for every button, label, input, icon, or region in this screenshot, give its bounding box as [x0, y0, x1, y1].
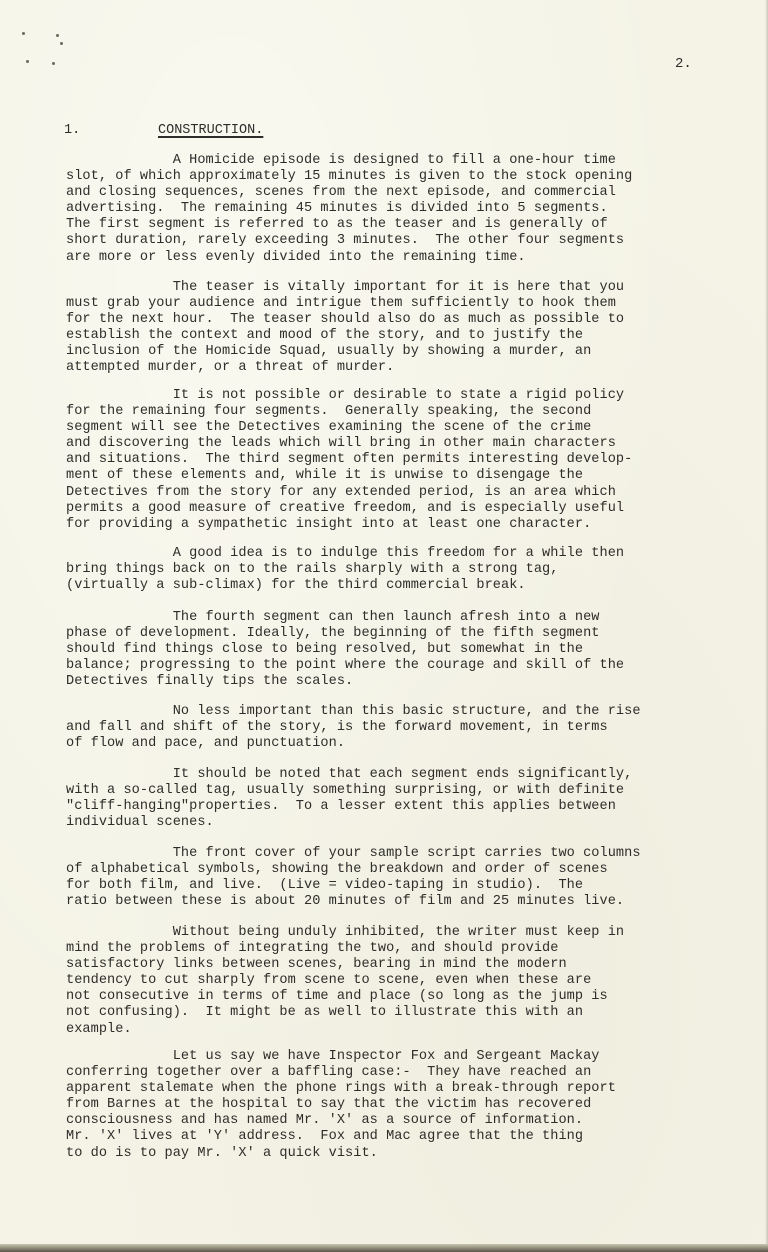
- paragraph-3: It is not possible or desirable to state…: [66, 388, 632, 533]
- paper-edge-bottom: [0, 1244, 768, 1252]
- paragraph-8: The front cover of your sample script ca…: [66, 846, 641, 910]
- paragraph-9: Without being unduly inhibited, the writ…: [66, 925, 624, 1038]
- section-number: 1.: [64, 123, 158, 138]
- document-page: 2. 1.CONSTRUCTION. A Homicide episode is…: [0, 0, 768, 1245]
- page-number: 2.: [675, 56, 692, 72]
- paragraph-1: A Homicide episode is designed to fill a…: [66, 153, 632, 266]
- paragraph-5: The fourth segment can then launch afres…: [66, 610, 624, 690]
- paragraph-2: The teaser is vitally important for it i…: [66, 280, 624, 377]
- paragraph-7: It should be noted that each segment end…: [66, 767, 632, 831]
- paragraph-10: Let us say we have Inspector Fox and Ser…: [66, 1049, 616, 1162]
- paragraph-6: No less important than this basic struct…: [66, 704, 641, 752]
- paragraph-4: A good idea is to indulge this freedom f…: [66, 546, 624, 594]
- section-heading: 1.CONSTRUCTION.: [64, 123, 263, 138]
- section-title: CONSTRUCTION.: [158, 123, 263, 138]
